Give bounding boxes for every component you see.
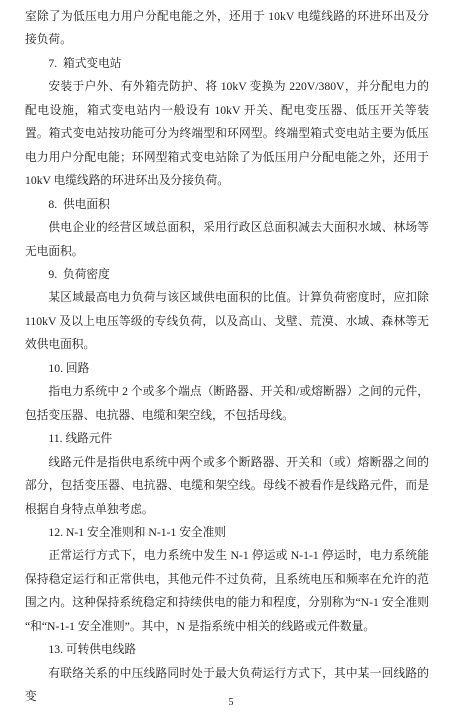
document-content: 室除了为低压电力用户分配电能之外，还用于 10kV 电缆线路的环进环出及分接负荷… [25,5,429,709]
paragraph-load-density: 某区域最高电力负荷与该区域供电面积的比值。计算负荷密度时，应扣除 110kV 及… [25,286,429,356]
section-heading-13-transferable-line: 13. 可转供电线路 [25,638,429,661]
section-heading-7-box-substation: 7. 箱式变电站 [25,52,429,75]
section-heading-8-supply-area: 8. 供电面积 [25,193,429,216]
paragraph-supply-area: 供电企业的经营区域总面积，采用行政区总面积减去大面积水域、林场等无电面积。 [25,216,429,263]
section-heading-10-circuit: 10. 回路 [25,357,429,380]
paragraph-line-element: 线路元件是指供电系统中两个或多个断路器、开关和（或）熔断器之间的部分，包括变压器… [25,451,429,521]
section-heading-9-load-density: 9. 负荷密度 [25,263,429,286]
section-heading-12-n1-criteria: 12. N-1 安全准则和 N-1-1 安全准则 [25,521,429,544]
page-footer: 5 [0,696,462,710]
paragraph-n1-criteria: 正常运行方式下，电力系统中发生 N-1 停运或 N-1-1 停运时，电力系统能保… [25,544,429,638]
document-page: 室除了为低压电力用户分配电能之外，还用于 10kV 电缆线路的环进环出及分接负荷… [0,0,462,723]
page-number: 5 [229,697,234,708]
paragraph-box-substation: 安装于户外、有外箱壳防护、将 10kV 变换为 220V/380V，并分配电力的… [25,75,429,192]
paragraph-continuation: 室除了为低压电力用户分配电能之外，还用于 10kV 电缆线路的环进环出及分接负荷… [25,5,429,52]
paragraph-circuit: 指电力系统中 2 个或多个端点（断路器、开关和/或熔断器）之间的元件，包括变压器… [25,380,429,427]
section-heading-11-line-element: 11. 线路元件 [25,427,429,450]
